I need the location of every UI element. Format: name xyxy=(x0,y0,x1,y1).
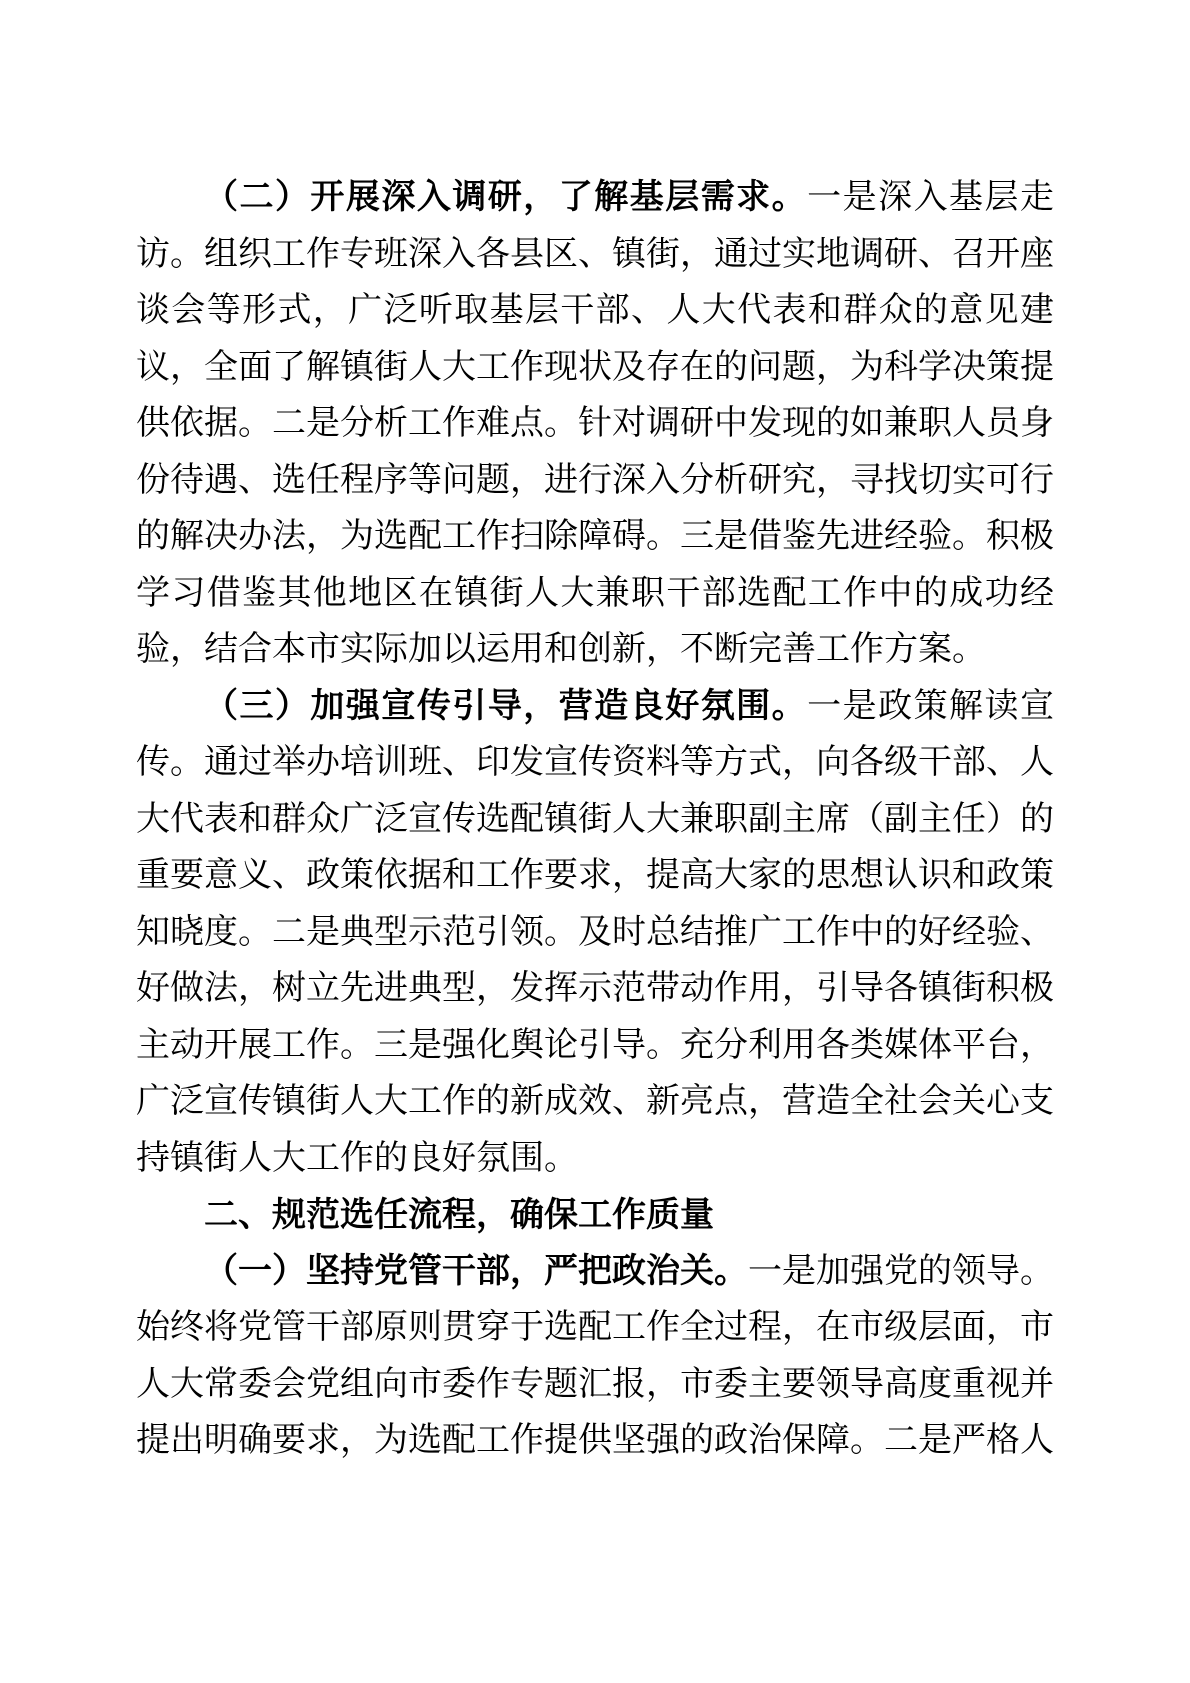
paragraph-section-2: （二）开展深入调研，了解基层需求。一是深入基层走访。组织工作专班深入各县区、镇街… xyxy=(136,170,1054,679)
section-heading: 二、规范选任流程，确保工作质量 xyxy=(136,1187,1054,1244)
paragraph-lead: （一）坚持党管干部，严把政治关。 xyxy=(204,1253,748,1290)
paragraph-lead: （二）开展深入调研，了解基层需求。 xyxy=(204,179,807,216)
paragraph-section-1: （一）坚持党管干部，严把政治关。一是加强党的领导。始终将党管干部原则贯穿于选配工… xyxy=(136,1244,1054,1470)
paragraph-section-3: （三）加强宣传引导，营造良好氛围。一是政策解读宣传。通过举办培训班、印发宣传资料… xyxy=(136,679,1054,1188)
paragraph-body: 一是深入基层走访。组织工作专班深入各县区、镇街，通过实地调研、召开座谈会等形式，… xyxy=(136,179,1054,668)
paragraph-body: 一是政策解读宣传。通过举办培训班、印发宣传资料等方式，向各级干部、人大代表和群众… xyxy=(136,688,1054,1177)
document-page: （二）开展深入调研，了解基层需求。一是深入基层走访。组织工作专班深入各县区、镇街… xyxy=(0,0,1190,1683)
paragraph-lead: （三）加强宣传引导，营造良好氛围。 xyxy=(204,688,807,725)
